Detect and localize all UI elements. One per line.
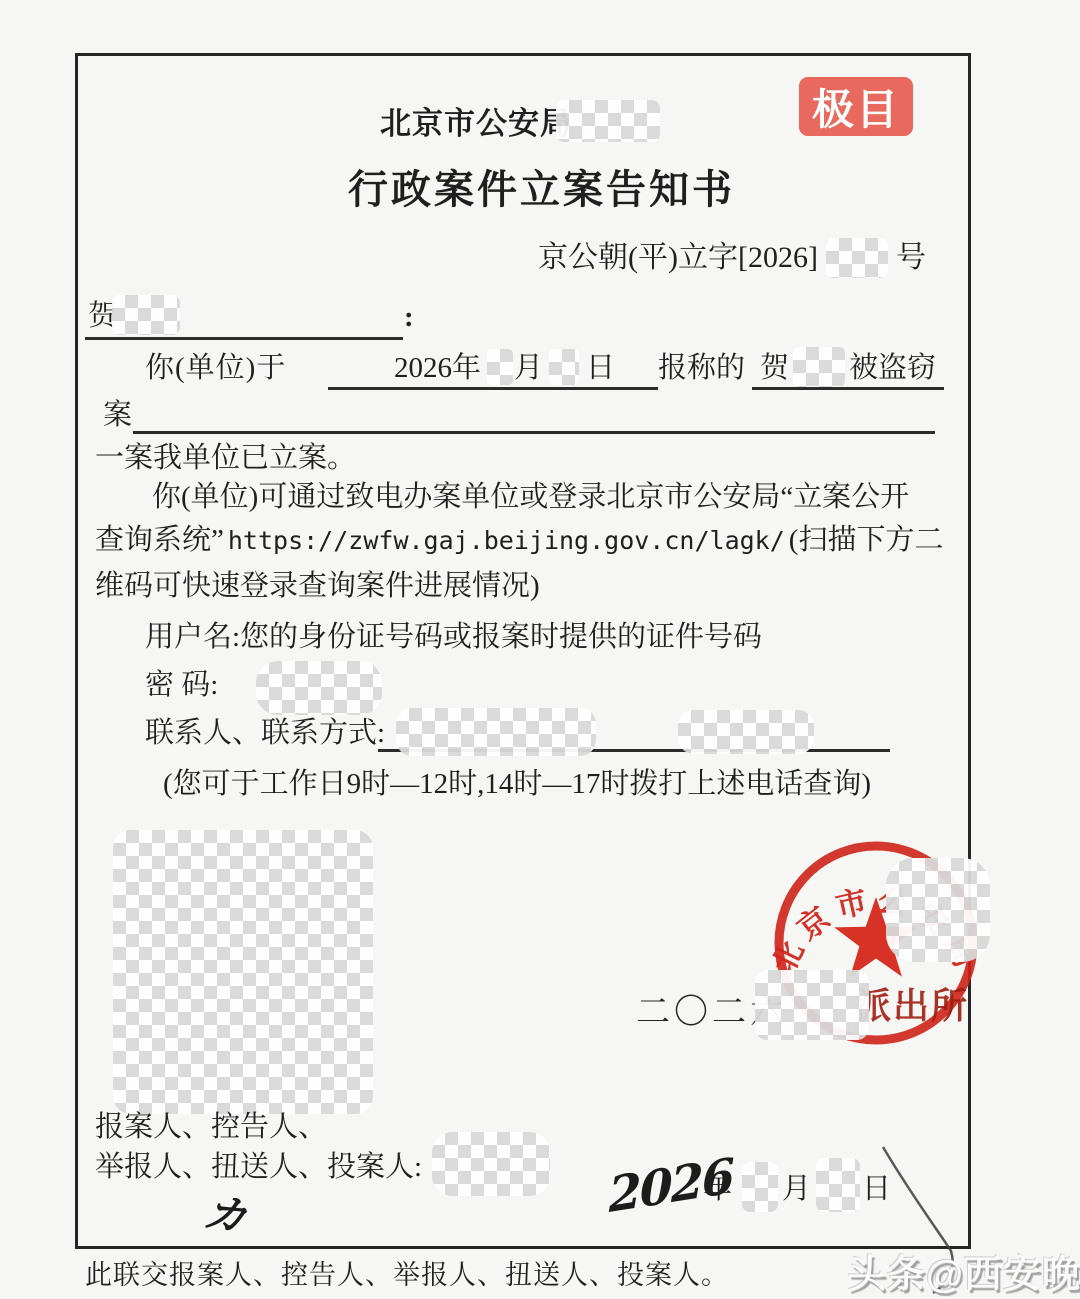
- date-month-char: 月: [782, 1172, 811, 1207]
- doc-number-prefix: 京公朝(平)立字[2026]: [538, 240, 818, 276]
- notice-url: https://zwfw.gaj.beijing.gov.cn/lagk/: [228, 526, 785, 555]
- jimu-news-badge: 极目: [799, 77, 913, 136]
- username-line: 用户名:您的身份证号码或报案时提供的证件号码: [145, 620, 762, 655]
- notice-para2-pre: 查询系统”: [95, 523, 224, 558]
- redaction-agency-unit: [556, 100, 660, 142]
- redaction-victim-name: [793, 347, 845, 387]
- signer-roles-line2: 举报人、扭送人、投案人:: [95, 1150, 422, 1185]
- blank-underline: [85, 337, 403, 340]
- redaction-addressee-name: [112, 295, 180, 335]
- redaction-contact-name: [396, 708, 596, 756]
- redaction-day: [549, 349, 579, 385]
- case-line-month: 月: [514, 351, 543, 386]
- addressee-colon: :: [404, 300, 414, 335]
- redaction-contact-phone: [678, 710, 814, 754]
- case-line-surname: 贺: [760, 351, 789, 386]
- stamp-station-text: 派出所: [855, 985, 969, 1026]
- notice-para1: 你(单位)可通过致电办案单位或登录北京市公安局“立案公开: [152, 480, 909, 515]
- agency-name: 北京市公安局: [380, 98, 572, 143]
- redaction-sign-month: [742, 1162, 778, 1212]
- case-line-day: 日: [586, 351, 615, 386]
- redaction-stamp-name: [886, 858, 990, 962]
- case-char: 案: [103, 398, 132, 433]
- date-year-char: 年: [703, 1172, 732, 1207]
- redaction-signature: [432, 1132, 550, 1196]
- redaction-month: [487, 349, 513, 385]
- redaction-doc-number: [826, 238, 888, 278]
- case-line-suffix: 被盗窃: [849, 351, 936, 386]
- case-filed-line: 一案我单位已立案。: [95, 441, 356, 476]
- case-line-mid: 报称的: [658, 351, 745, 386]
- office-hours-note: (您可于工作日9时—12时,14时—17时拨打上述电话查询): [163, 767, 871, 802]
- blank-underline: [133, 431, 935, 434]
- news-watermark: 头条@西安晚报: [848, 1243, 1080, 1298]
- password-label: 密 码:: [145, 668, 218, 703]
- blank-underline: [328, 387, 658, 390]
- jimu-news-label: 极目: [812, 77, 900, 137]
- redaction-sign-day: [816, 1158, 860, 1212]
- document-title: 行政案件立案告知书: [348, 158, 735, 215]
- signer-roles-line1: 报案人、控告人、: [95, 1110, 327, 1145]
- notice-para2-post: (扫描下方二: [789, 523, 944, 558]
- redaction-password: [256, 661, 382, 715]
- scanned-notice-document: 北京市公安局 极目 行政案件立案告知书 京公朝(平)立字[2026] 号 贺 :…: [0, 0, 1080, 1299]
- case-line-pre: 你(单位)于: [145, 351, 286, 386]
- footer-copy-note: 此联交报案人、控告人、举报人、扭送人、投案人。: [85, 1253, 729, 1292]
- blank-underline: [752, 387, 944, 390]
- contact-label: 联系人、联系方式:: [145, 716, 385, 751]
- doc-number-suffix: 号: [896, 240, 926, 276]
- redaction-qr-code: [113, 830, 373, 1114]
- notice-para3: 维码可快速登录查询案件进展情况): [95, 569, 540, 604]
- redaction-issue-date: [755, 970, 869, 1040]
- case-line-year: 2026年: [394, 351, 481, 386]
